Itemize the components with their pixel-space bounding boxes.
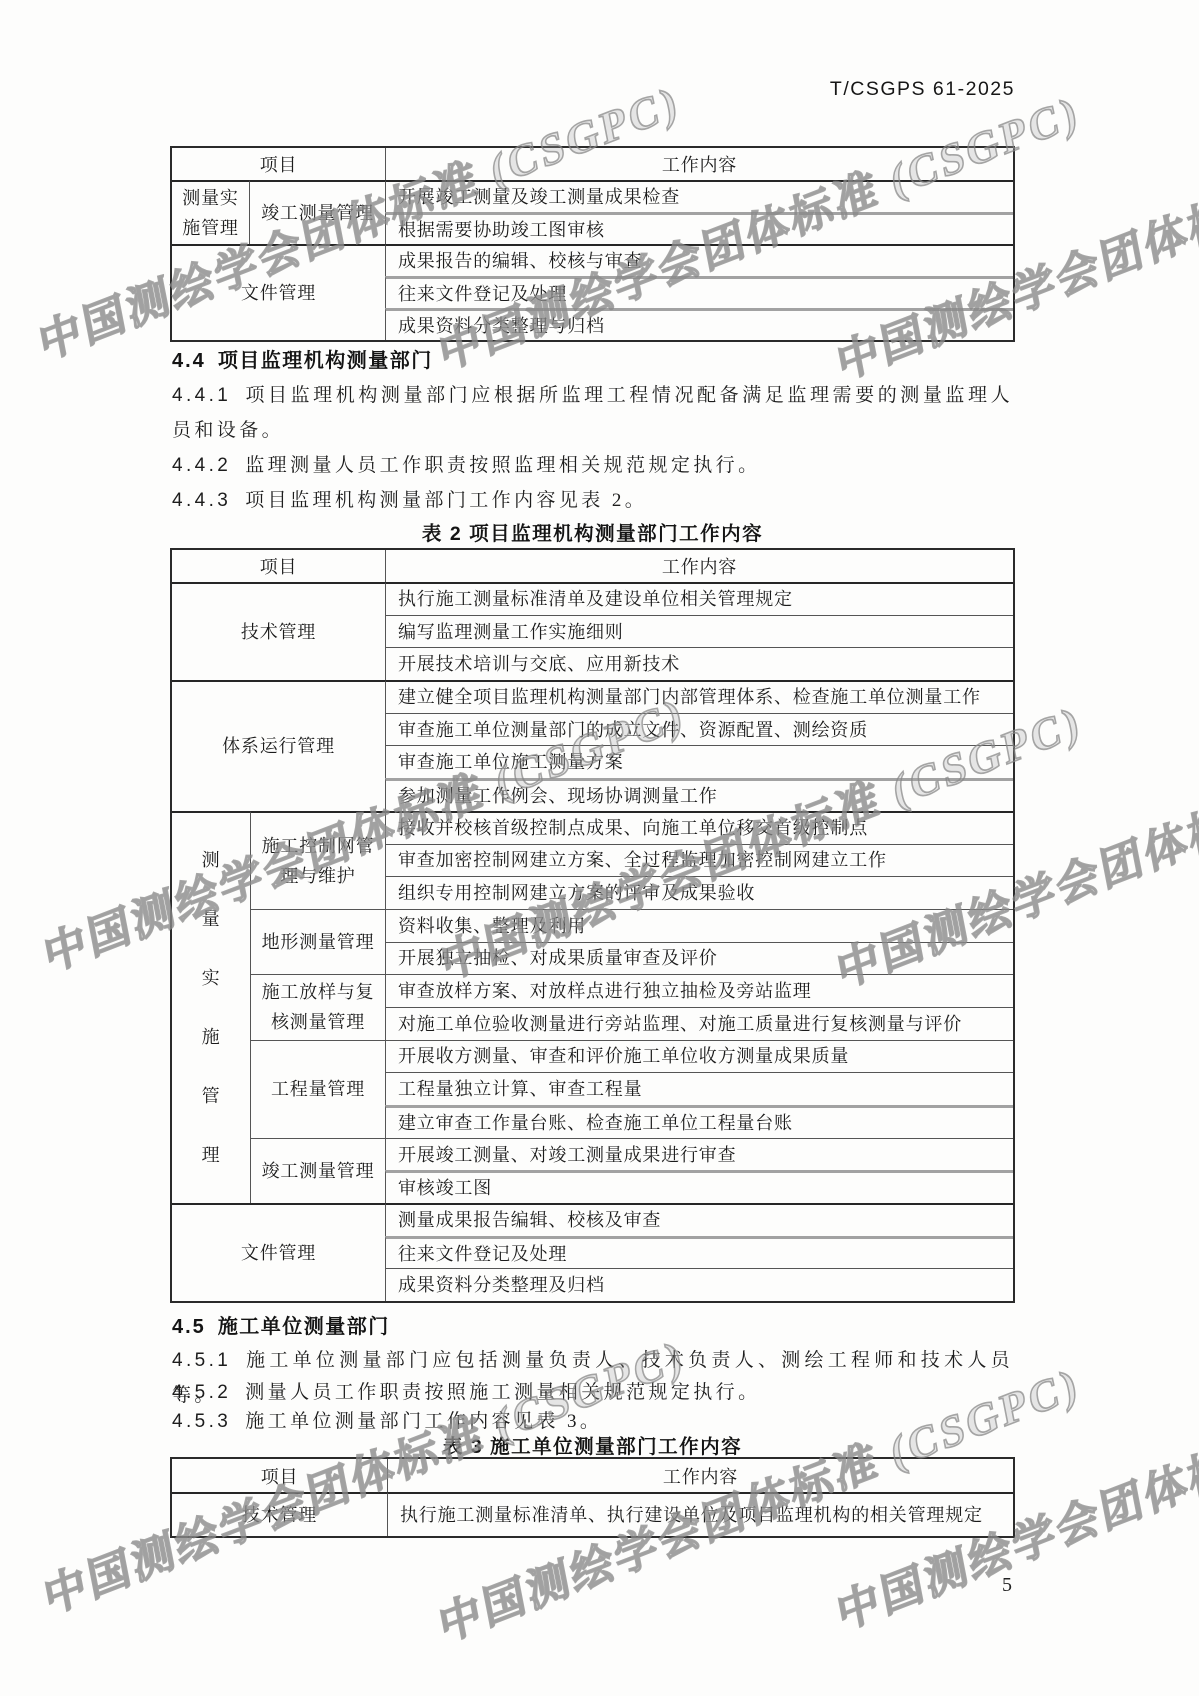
table-cell: 往来文件登记及处理 xyxy=(385,1236,1013,1269)
table-cell: 测量成果报告编辑、校核及审查 xyxy=(385,1203,1013,1236)
table-cell: 文件管理 xyxy=(172,1203,385,1301)
section-heading-4-5: 4.5施工单位测量部门 xyxy=(172,1310,1013,1339)
table-cell: 文件管理 xyxy=(172,244,385,340)
table-cell: 根据需要协助竣工图审核 xyxy=(385,212,1013,244)
vertical-label-char: 管 xyxy=(202,1087,221,1106)
table-cell: 开展收方测量、审查和评价施工单位收方测量成果质量 xyxy=(385,1040,1013,1073)
table-cell: 接收并校核首级控制点成果、向施工单位移交首级控制点 xyxy=(385,811,1013,844)
column-header-cell: 项目 xyxy=(172,148,385,180)
column-header-cell: 工作内容 xyxy=(385,148,1013,180)
table-cell: 审查施工单位施工测量方案 xyxy=(385,745,1013,778)
table-cell: 技术管理 xyxy=(172,582,385,680)
table-cell: 组织专用控制网建立方案的评审及成果验收 xyxy=(385,876,1013,909)
clause-number: 4.5.1 xyxy=(172,1350,231,1371)
table-cell: 对施工单位验收测量进行旁站监理、对施工质量进行复核测量与评价 xyxy=(385,1007,1013,1040)
table-2-caption: 表 2 项目监理机构测量部门工作内容 xyxy=(170,518,1015,546)
table-cell: 施工控制网管理与维护 xyxy=(250,811,385,909)
clause-text: 项目监理机构测量部门工作内容见表 2。 xyxy=(245,490,647,511)
table-cell: 资料收集、整理及利用 xyxy=(385,909,1013,942)
page-number: 5 xyxy=(1002,1574,1012,1597)
section-number: 4.4 xyxy=(172,350,206,372)
table-cell: 编写监理测量工作实施细则 xyxy=(385,615,1013,648)
document-page: T/CSGPS 61-2025 项目工作内容测量实施管理竣工测量管理开展竣工测量… xyxy=(0,0,1199,1696)
clause-text: 项目监理机构测量部门应根据所监理工程情况配备满足监理需要的测量监理人员和设备。 xyxy=(172,385,1013,441)
table-cell: 开展技术培训与交底、应用新技术 xyxy=(385,647,1013,680)
table-cell: 开展独立抽检、对成果质量审查及评价 xyxy=(385,942,1013,975)
table-cell: 开展竣工测量、对竣工测量成果进行审查 xyxy=(385,1138,1013,1171)
clause-number: 4.4.2 xyxy=(172,455,231,476)
clause-4-4-1: 4.4.1项目监理机构测量部门应根据所监理工程情况配备满足监理需要的测量监理人员… xyxy=(172,378,1013,448)
standard-code-header: T/CSGPS 61-2025 xyxy=(170,78,1015,101)
table-cell: 审查加密控制网建立方案、全过程监理加密控制网建立工作 xyxy=(385,844,1013,877)
clause-text: 施工单位测量部门工作内容见表 3。 xyxy=(245,1411,602,1432)
vertical-label-char: 理 xyxy=(202,1146,221,1165)
vertical-label-char: 测 xyxy=(202,851,221,870)
table-cell: 往来文件登记及处理 xyxy=(385,276,1013,308)
column-header-cell: 工作内容 xyxy=(385,550,1013,582)
clause-number: 4.4.3 xyxy=(172,490,231,511)
clause-4-4-3: 4.4.3项目监理机构测量部门工作内容见表 2。 xyxy=(172,483,1013,518)
table-cell: 技术管理 xyxy=(172,1492,387,1536)
table-1-continuation: 项目工作内容测量实施管理竣工测量管理开展竣工测量及竣工测量成果检查根据需要协助竣… xyxy=(170,146,1015,342)
table-cell: 建立健全项目监理机构测量部门内部管理体系、检查施工单位测量工作 xyxy=(385,680,1013,713)
table-cell: 执行施工测量标准清单、执行建设单位及项目监理机构的相关管理规定 xyxy=(387,1492,1013,1536)
table-cell: 竣工测量管理 xyxy=(249,180,385,244)
table-cell: 建立审查工作量台账、检查施工单位工程量台账 xyxy=(385,1105,1013,1138)
table-cell: 成果资料分类整理与归档 xyxy=(385,308,1013,340)
table-cell: 审查施工单位测量部门的成立文件、资源配置、测绘资质 xyxy=(385,713,1013,746)
table-cell: 参加测量工作例会、现场协调测量工作 xyxy=(385,778,1013,811)
table-cell: 审查放样方案、对放样点进行独立抽检及旁站监理 xyxy=(385,974,1013,1007)
table-cell: 测量实施管理 xyxy=(172,811,250,1203)
vertical-label-char: 实 xyxy=(202,969,221,988)
clause-4-4-2: 4.4.2监理测量人员工作职责按照监理相关规范规定执行。 xyxy=(172,448,1013,483)
table-cell: 工程量独立计算、审查工程量 xyxy=(385,1072,1013,1105)
table-cell: 施工放样与复核测量管理 xyxy=(250,974,385,1039)
vertical-label-char: 施 xyxy=(202,1028,221,1047)
column-header-cell: 项目 xyxy=(172,550,385,582)
table-cell: 地形测量管理 xyxy=(250,909,385,974)
clause-number: 4.4.1 xyxy=(172,385,231,406)
clause-number: 4.5.3 xyxy=(172,1411,231,1432)
table-3: 项目工作内容技术管理执行施工测量标准清单、执行建设单位及项目监理机构的相关管理规… xyxy=(170,1457,1015,1538)
column-header-cell: 工作内容 xyxy=(387,1459,1013,1492)
table-cell: 成果报告的编辑、校核与审查 xyxy=(385,244,1013,276)
table-cell: 成果资料分类整理及归档 xyxy=(385,1268,1013,1301)
table-2: 项目工作内容技术管理执行施工测量标准清单及建设单位相关管理规定编写监理测量工作实… xyxy=(170,548,1015,1303)
table-3-caption: 表 3 施工单位测量部门工作内容 xyxy=(170,1431,1015,1459)
table-cell: 体系运行管理 xyxy=(172,680,385,811)
column-header-cell: 项目 xyxy=(172,1459,387,1492)
section-title: 项目监理机构测量部门 xyxy=(218,350,433,372)
table-cell: 审核竣工图 xyxy=(385,1170,1013,1203)
clause-text: 监理测量人员工作职责按照监理相关规范规定执行。 xyxy=(245,455,760,476)
section-heading-4-4: 4.4项目监理机构测量部门 xyxy=(172,344,1013,373)
table-cell: 测量实施管理 xyxy=(172,180,249,244)
section-number: 4.5 xyxy=(172,1316,206,1338)
table-cell: 开展竣工测量及竣工测量成果检查 xyxy=(385,180,1013,212)
vertical-label-char: 量 xyxy=(202,910,221,929)
clause-number: 4.5.2 xyxy=(172,1382,231,1403)
clause-text: 测量人员工作职责按照施工测量相关规范规定执行。 xyxy=(245,1382,760,1403)
table-cell: 执行施工测量标准清单及建设单位相关管理规定 xyxy=(385,582,1013,615)
table-cell: 竣工测量管理 xyxy=(250,1138,385,1203)
table-cell: 工程量管理 xyxy=(250,1040,385,1138)
section-title: 施工单位测量部门 xyxy=(218,1316,390,1338)
